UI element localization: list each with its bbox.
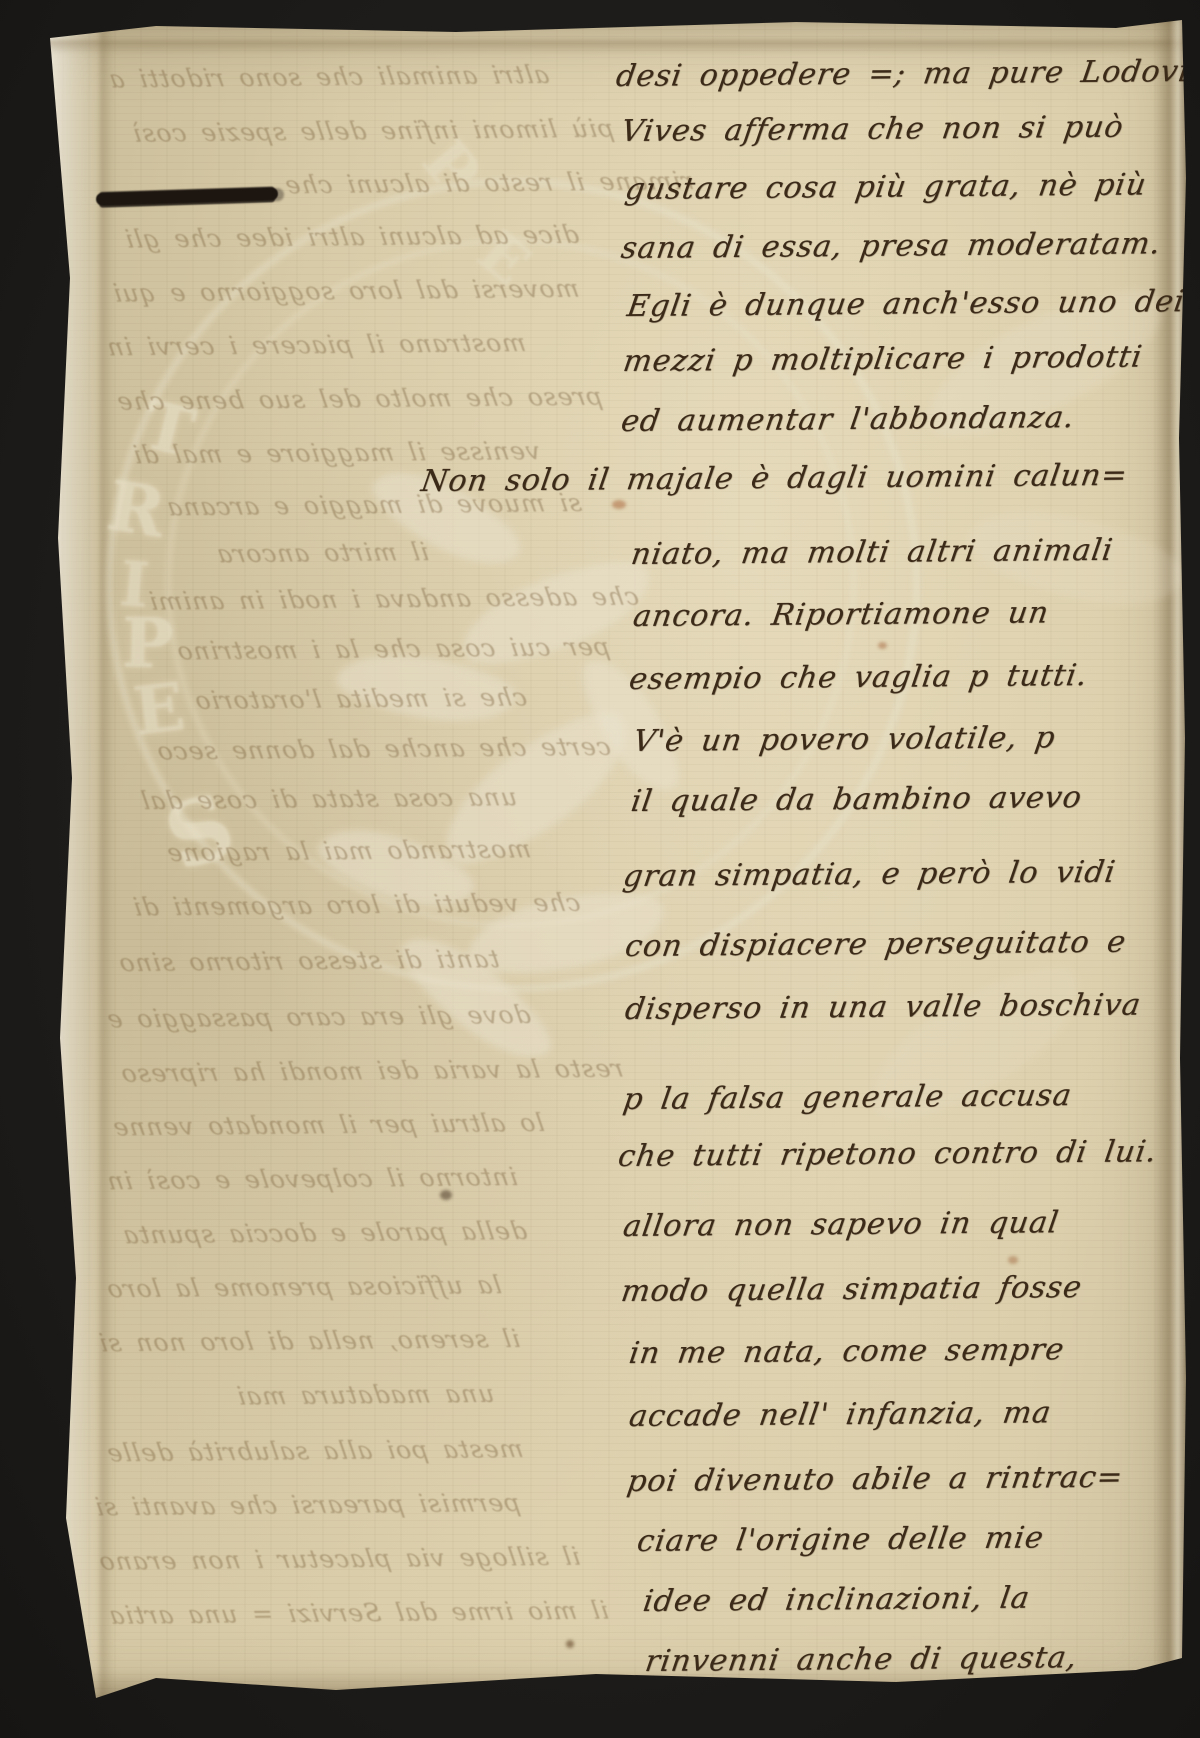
bleedthrough-line: intorno il colpevole e così in	[104, 1162, 519, 1195]
bleedthrough-line: per cui cosa che la i mostrino	[174, 632, 612, 666]
bleedthrough-line: permisi parearsi che avanti si	[92, 1488, 522, 1521]
watermark-foliate	[909, 267, 1183, 458]
bleedthrough-line: si muove di maggio e arcana	[164, 488, 583, 521]
top-fold-shadow	[36, 40, 1188, 54]
bleedthrough-line: il silloge via placetur i non erano	[96, 1541, 582, 1575]
manuscript-line: accade nell' infanzia, ma	[627, 1395, 1054, 1434]
watermark-letter: I	[117, 547, 152, 622]
bleedthrough-line: moversi dal loro soggiorno e qui	[110, 274, 581, 308]
bleedthrough-line: che adesso andava i nodi in animi	[146, 581, 641, 615]
bleedthrough-line: preso che molto del suo bene che	[114, 381, 604, 415]
manuscript-line: gustare cosa più grata, nè più	[623, 167, 1149, 207]
manuscript-page: TRIPESPE altri animali che sono ridotti …	[36, 18, 1188, 1710]
watermark-letter: E	[465, 218, 543, 299]
watermark-letter: P	[408, 125, 494, 208]
manuscript-line: ciare l'origine delle mie	[635, 1520, 1047, 1559]
foxing-stain	[878, 642, 887, 649]
handwritten-text-layer: desi oppedere =; ma pure LodovicoVives a…	[36, 18, 1188, 1710]
watermark-foliate	[362, 452, 531, 584]
bleedthrough-line: mostrando mai la ragione	[164, 834, 533, 867]
manuscript-line: Egli è dunque anch'esso uno dei	[625, 284, 1188, 324]
bleedthrough-line: più limoni infine delle spezie così	[130, 113, 616, 147]
manuscript-line: sana di essa, presa moderatam.	[619, 226, 1164, 266]
foxing-stain	[612, 500, 626, 509]
bleedthrough-line: rimane il resto di alcuni che	[282, 166, 696, 199]
torn-binding-edge	[46, 18, 104, 1710]
manuscript-line: allora non sapevo in qual	[621, 1205, 1062, 1244]
manuscript-line: il quale da bambino avevo	[629, 780, 1085, 819]
bleedthrough-line: il mio irme dal Servizi = una artia	[106, 1595, 610, 1629]
manuscript-line: esempio che vaglia p tutti.	[627, 658, 1090, 697]
watermark-foliate	[311, 812, 482, 923]
manuscript-line: niato, ma molti altri animali	[629, 533, 1116, 572]
manuscript-line: che tutti ripetono contro di lui.	[616, 1134, 1160, 1174]
paper-watermark: TRIPESPE	[36, 18, 1188, 1710]
foxing-stain	[1008, 1256, 1018, 1264]
manuscript-line: desi oppedere =; ma pure Lodovico	[614, 54, 1200, 94]
bleedthrough-line: la ufficiosa prenome la loro	[104, 1270, 503, 1303]
ink-spot	[566, 1640, 574, 1648]
watermark-inner-ring	[166, 238, 856, 928]
binding-crease-shadow	[100, 18, 114, 1710]
watermark-foliate	[332, 643, 520, 733]
manuscript-line: idee ed inclinazioni, la	[641, 1581, 1033, 1619]
watermark-foliate	[461, 881, 670, 985]
watermark-letter: P	[121, 604, 174, 685]
manuscript-line: Vives afferma che non si può	[619, 110, 1126, 149]
bottom-edge-shadow	[36, 1670, 1188, 1710]
manuscript-line: con dispiacere perseguitato e	[623, 925, 1129, 964]
bleedthrough-line: resto la varia dei mondi ha ripreso	[118, 1053, 625, 1087]
watermark-foliate	[450, 546, 662, 680]
manuscript-line: ed aumentar l'abbondanza.	[619, 400, 1077, 439]
bleedthrough-line: una cosa stata di cose dal	[138, 782, 519, 815]
watermark-foliate	[570, 647, 693, 804]
ink-strikeout	[96, 187, 278, 206]
bleedthrough-line: altri animali che sono ridotti a	[106, 60, 551, 94]
manuscript-line: ancora. Riportiamone un	[631, 595, 1052, 634]
manuscript-line: V'è un povero volatile, p	[631, 720, 1058, 759]
bleedthrough-line: tanti di stesso ritorno sino	[116, 944, 501, 977]
watermark-letter: E	[129, 667, 188, 751]
manuscript-line: gran simpatia, e però lo vidi	[621, 855, 1118, 894]
bleedthrough-line: mesta poi alla salubrità delle	[104, 1434, 525, 1467]
bleedthrough-text-layer: altri animali che sono ridotti apiù limo…	[36, 18, 1188, 1710]
right-edge-fold	[1154, 18, 1188, 1710]
manuscript-line: mezzi p moltiplicare i prodotti	[621, 339, 1145, 379]
bleedthrough-line: una madatura mai	[234, 1379, 496, 1411]
bleedthrough-line: dice ad alcuni altri idee che gli	[122, 220, 581, 254]
bleedthrough-line: venisse il maggiore e mal di	[130, 436, 542, 469]
manuscript-line: disperso in una valle boschiva	[623, 988, 1144, 1028]
bleedthrough-line: il mirto ancora	[214, 537, 431, 568]
watermark-letter: T	[135, 385, 202, 473]
manuscript-line: p la falsa generale accusa	[621, 1078, 1075, 1117]
manuscript-line: modo quella simpatia fosse	[619, 1270, 1085, 1309]
bleedthrough-line: certe che anche dal donne seco	[154, 732, 612, 766]
watermark-foliate	[388, 917, 564, 1079]
paper-texture	[36, 18, 1188, 1710]
manuscript-line: poi divenuto abile a rintrac=	[625, 1460, 1126, 1499]
manuscript-line: Non solo il majale è dagli uomini calun=	[419, 458, 1130, 499]
manuscript-line: in me nata, come sempre	[627, 1332, 1067, 1371]
watermark-foliate	[850, 944, 1103, 1142]
watermark-outer-ring	[106, 178, 920, 992]
bleedthrough-line: lo altrui per il mondato venne	[110, 1108, 546, 1142]
bleedthrough-line: che si medita l'oratorio	[192, 682, 529, 714]
watermark-foliate	[423, 692, 649, 884]
watermark-letters: TRIPESPE	[36, 18, 1188, 1710]
bleedthrough-line: il sereno, nella di loro non si	[96, 1324, 522, 1357]
watermark-letter: S	[152, 772, 247, 891]
bleedthrough-line: che veduti di loro argomenti di	[130, 888, 582, 922]
scanned-manuscript-photo: TRIPESPE altri animali che sono ridotti …	[0, 0, 1200, 1738]
bleedthrough-line: della parole e doccia spunta	[120, 1216, 529, 1249]
bleedthrough-line: mostrano il piacere i cervi in	[104, 328, 528, 361]
bleedthrough-line: dove gli era caro passaggio e	[104, 1000, 532, 1033]
ink-spot	[440, 1190, 452, 1200]
